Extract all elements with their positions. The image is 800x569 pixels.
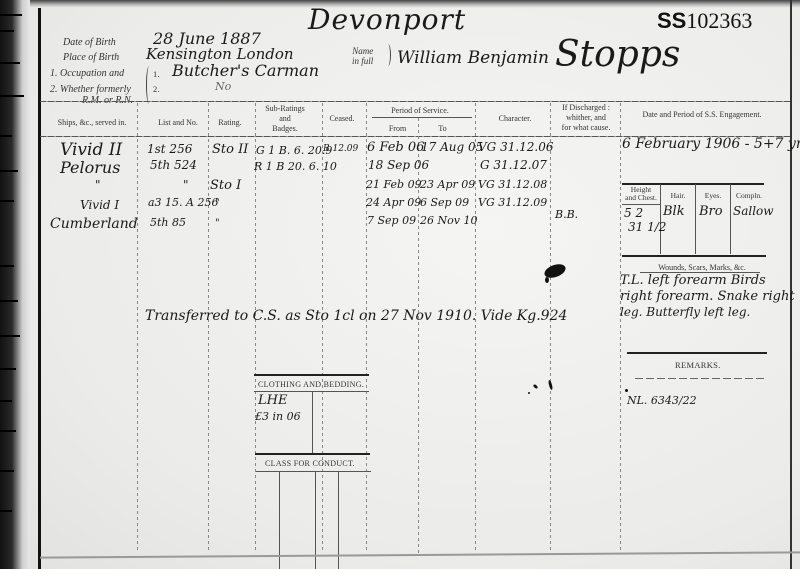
row-3-to: 6 Sep 09 xyxy=(420,196,469,209)
surname: Stopps xyxy=(555,34,680,75)
occupation-brace xyxy=(146,66,152,104)
row-3-rating: " xyxy=(215,198,220,209)
col-divider-discharged xyxy=(620,103,621,553)
row-0-from: 6 Feb 06 xyxy=(367,140,424,155)
row-4-list: 5th 85 xyxy=(150,216,186,229)
clothing-divider xyxy=(312,392,313,454)
row-1-ship: Pelorus xyxy=(60,158,120,177)
header-list-no: List and No. xyxy=(148,118,208,128)
wounds-line-2: right forearm. Snake right xyxy=(620,289,795,304)
header-sub-ratings-3: Badges. xyxy=(255,124,315,134)
conduct-sub-rule xyxy=(256,471,371,472)
period-divider xyxy=(372,117,472,118)
phys-divider-3 xyxy=(730,184,731,254)
row-2-ship: " xyxy=(95,178,101,192)
chest-value: 31 1/2 xyxy=(628,220,666,234)
row-2-to: 23 Apr 09 xyxy=(420,178,475,191)
row-3-ship: Vivid I xyxy=(80,198,119,212)
occupation-value: Butcher's Carman xyxy=(172,61,319,80)
header-eyes: Eyes. xyxy=(696,191,730,201)
header-discharged-1: If Discharged : xyxy=(552,103,620,113)
clothing-entry-1: LHE xyxy=(258,393,287,408)
phys-divider-2 xyxy=(695,184,696,254)
col-divider-character xyxy=(550,103,551,553)
row-4-from: 7 Sep 09 xyxy=(367,214,416,227)
table-top-rule xyxy=(40,101,790,102)
discharged-note: B.B. xyxy=(555,208,578,221)
row-0-ceased: B 12.09 xyxy=(323,144,358,154)
row-2-list: " xyxy=(183,178,189,192)
row-2-from: 21 Feb 09 xyxy=(366,178,422,191)
physical-bottom-rule xyxy=(622,255,766,257)
row-2-rating: Sto I xyxy=(210,178,241,193)
ink-speck xyxy=(545,277,549,283)
col-divider-ships xyxy=(137,103,138,553)
header-period: Period of Service. xyxy=(365,106,475,116)
given-names: William Benjamin xyxy=(397,48,549,68)
row-4-to: 26 Nov 10 xyxy=(420,214,477,227)
occupation-num-2: 2. xyxy=(153,84,160,94)
conduct-header: CLASS FOR CONDUCT. xyxy=(265,459,355,468)
date-of-birth-label: Date of Birth xyxy=(63,37,116,48)
remarks-rule xyxy=(635,378,765,379)
remarks-top-rule xyxy=(627,352,767,354)
sheet-left-border xyxy=(38,8,41,569)
row-0-to: 17 Aug 05 xyxy=(421,140,483,154)
header-complexion: Compln. xyxy=(731,191,767,201)
col-divider-to xyxy=(475,103,476,553)
row-1-character: G 31.12.07 xyxy=(480,158,547,172)
row-3-list: a3 15. A 256 xyxy=(148,196,218,209)
official-number-prefix: SS xyxy=(657,8,686,33)
place-of-birth-label: Place of Birth xyxy=(63,52,119,63)
clothing-header: CLOTHING AND BEDDING. xyxy=(258,380,364,389)
height-value: 5 2 xyxy=(624,206,643,220)
name-label-line-1: Name xyxy=(352,46,373,56)
official-number: SS102363 xyxy=(657,8,752,34)
name-brace xyxy=(385,44,391,66)
header-discharged-2: whither, and xyxy=(552,113,620,123)
wounds-line-1: T.L. left forearm Birds xyxy=(620,273,766,288)
header-height: Height and Chest. xyxy=(622,186,660,202)
occupation-num-1: 1. xyxy=(153,69,160,79)
official-number-digits: 102363 xyxy=(686,8,752,33)
ss-engagement-value: 6 February 1906 - 5+7 yrs. xyxy=(622,136,800,152)
header-rating: Rating. xyxy=(205,118,255,128)
ink-speck xyxy=(528,392,530,394)
header-height-2: and Chest. xyxy=(622,194,660,202)
col-divider-ceased xyxy=(366,103,367,553)
scan-edge xyxy=(0,0,30,569)
header-character: Character. xyxy=(480,114,550,124)
row-3-character: VG 31.12.09 xyxy=(478,196,547,209)
header-sub-ratings-1: Sub-Ratings xyxy=(255,104,315,114)
remarks-note: NL. 6343/22 xyxy=(627,394,697,407)
sheet-right-edge xyxy=(790,0,792,569)
header-ships: Ships, &c., served in. xyxy=(52,118,132,128)
clothing-entry-2: £3 in 06 xyxy=(255,410,301,423)
row-4-rating: " xyxy=(215,218,220,229)
remarks-header: REMARKS. xyxy=(675,360,721,370)
clothing-top-rule xyxy=(254,374,369,376)
row-1-list: 5th 524 xyxy=(150,158,197,172)
row-0-list: 1st 256 xyxy=(147,142,192,156)
row-2-character: VG 31.12.08 xyxy=(478,178,547,191)
wounds-line-3: leg. Butterfly left leg. xyxy=(620,305,750,319)
row-0-rating: Sto II xyxy=(212,142,248,157)
formerly-label: 2. Whether formerly xyxy=(50,84,131,95)
row-0-character: VG 31.12.06 xyxy=(478,140,554,154)
phys-divider-1 xyxy=(660,184,661,254)
name-label: Name in full xyxy=(352,46,373,66)
row-4-ship: Cumberland xyxy=(50,216,138,232)
header-sub-ratings-2: and xyxy=(255,114,315,124)
header-ceased: Ceased. xyxy=(322,114,362,124)
formerly-value: No xyxy=(215,80,231,93)
row-1-sub-rating: R 1 B 20. 6. 10 xyxy=(254,160,337,173)
header-sub-ratings: Sub-Ratings and Badges. xyxy=(255,104,315,134)
port-division: Devonport xyxy=(308,3,466,36)
header-discharged-3: for what cause. xyxy=(552,123,620,133)
row-0-ship: Vivid II xyxy=(60,140,122,160)
transfer-note: Transferred to C.S. as Sto 1cl on 27 Nov… xyxy=(145,308,567,324)
header-to: To xyxy=(420,124,465,134)
header-hair: Hair. xyxy=(661,191,695,201)
row-0-sub-rating: G 1 B. 6. 20.9 xyxy=(256,144,332,157)
name-label-line-2: in full xyxy=(352,56,373,66)
conduct-top-rule xyxy=(255,453,370,455)
header-ss-engagement: Date and Period of S.S. Engagement. xyxy=(622,110,782,120)
eyes-value: Bro xyxy=(699,204,723,219)
ink-speck xyxy=(625,389,628,392)
header-from: From xyxy=(375,124,420,134)
header-discharged: If Discharged : whither, and for what ca… xyxy=(552,103,620,133)
hair-value: Blk xyxy=(663,204,685,219)
occupation-label: 1. Occupation and xyxy=(50,68,124,79)
col-divider-list xyxy=(208,103,209,553)
height-sub-rule xyxy=(622,204,660,205)
complexion-value: Sallow xyxy=(733,204,774,218)
row-1-from: 18 Sep 06 xyxy=(368,158,429,172)
row-3-from: 24 Apr 09 xyxy=(366,196,421,209)
